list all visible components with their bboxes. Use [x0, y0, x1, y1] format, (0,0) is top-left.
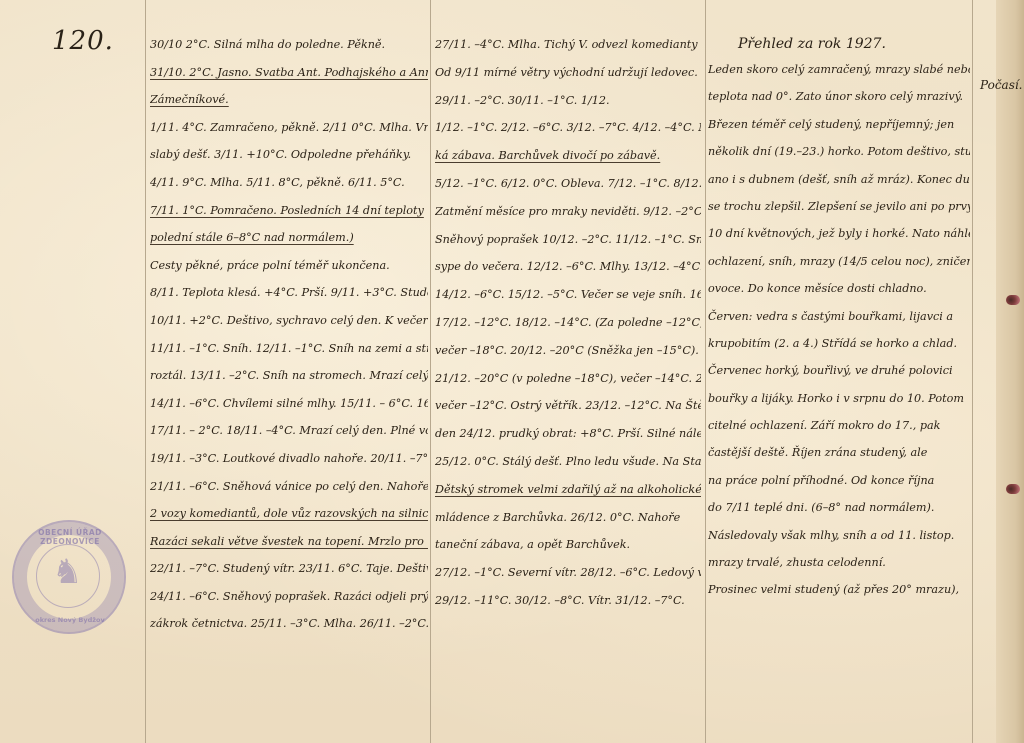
journal-line: 10 dní květnových, jež byly i horké. Nat… [708, 225, 970, 242]
journal-page: 120. Počasí. OBECNÍ ÚŘAD ZDEONOVICE ♞ ok… [0, 0, 1024, 743]
journal-line: 5/12. –1°C. 6/12. 0°C. Obleva. 7/12. –1°… [435, 175, 701, 192]
journal-line: 1/11. 4°C. Zamračeno, pěkně. 2/11 0°C. M… [150, 119, 428, 136]
journal-line: Razáci sekali větve švestek na topení. M… [150, 533, 428, 550]
journal-line: se trochu zlepšil. Zlepšení se jevilo an… [708, 198, 970, 215]
journal-line: 24/11. –6°C. Sněhový poprašek. Razáci od… [150, 588, 428, 605]
journal-line: častější deště. Říjen zrána studený, ale [708, 444, 970, 461]
journal-line: Zámečníkové. [150, 91, 428, 108]
journal-line: Červen: vedra s častými bouřkami, lijavc… [708, 308, 970, 325]
journal-line: Prosinec velmi studený (až přes 20° mraz… [708, 581, 970, 598]
journal-line: Následovaly však mlhy, sníh a od 11. lis… [708, 527, 970, 544]
journal-line: do 7/11 teplé dni. (6–8° nad normálem). [708, 499, 970, 516]
journal-line: 30/10 2°C. Silná mlha do poledne. Pěkně. [150, 36, 428, 53]
journal-line: na práce polní příhodné. Od konce října [708, 472, 970, 489]
journal-line: Od 9/11 mírné větry východní udržují led… [435, 64, 701, 81]
journal-line: sype do večera. 12/12. –6°C. Mlhy. 13/12… [435, 258, 701, 275]
journal-line: 19/11. –3°C. Loutkové divadlo nahoře. 20… [150, 450, 428, 467]
journal-line: 25/12. 0°C. Stálý dešť. Plno ledu všude.… [435, 453, 701, 470]
column-rule [145, 0, 146, 743]
journal-line: taneční zábava, a opět Barchůvek. [435, 536, 701, 553]
binding-pin-icon [1006, 295, 1020, 305]
journal-line: slabý dešť. 3/11. +10°C. Odpoledne přehá… [150, 146, 428, 163]
page-number: 120. [52, 26, 114, 56]
journal-line: 29/11. –2°C. 30/11. –1°C. 1/12. [435, 92, 701, 109]
journal-line: citelné ochlazení. Září mokro do 17., pa… [708, 417, 970, 434]
journal-line: polední stále 6–8°C nad normálem.) [150, 229, 428, 246]
journal-line: 17/12. –12°C. 18/12. –14°C. (Za poledne … [435, 314, 701, 331]
journal-line: Zatmění měsíce pro mraky neviděti. 9/12.… [435, 203, 701, 220]
journal-line: Sněhový poprašek 10/12. –2°C. 11/12. –1°… [435, 231, 701, 248]
journal-line: 14/11. –6°C. Chvílemi silné mlhy. 15/11.… [150, 395, 428, 412]
column-rule [430, 0, 431, 743]
journal-line: 27/12. –1°C. Severní vítr. 28/12. –6°C. … [435, 564, 701, 581]
journal-line: Červenec horký, bouřlivý, ve druhé polov… [708, 362, 970, 379]
summary-title: Přehled za rok 1927. [708, 36, 970, 53]
journal-line: večer –12°C. Ostrý větřík. 23/12. –12°C.… [435, 397, 701, 414]
journal-line: 22/11. –7°C. Studený vítr. 23/11. 6°C. T… [150, 560, 428, 577]
journal-line: bouřky a lijáky. Horko i v srpnu do 10. … [708, 390, 970, 407]
journal-line: 17/11. – 2°C. 18/11. –4°C. Mrazí celý de… [150, 422, 428, 439]
right-column-summary: Přehled za rok 1927. Leden skoro celý za… [708, 36, 970, 609]
column-rule [705, 0, 706, 743]
journal-line: 2 vozy komediantů, dole vůz razovských n… [150, 505, 428, 522]
journal-line: 8/11. Teplota klesá. +4°C. Prší. 9/11. +… [150, 284, 428, 301]
stamp-text-bottom: okres Nový Bydžov [24, 616, 116, 624]
journal-line: 31/10. 2°C. Jasno. Svatba Ant. Podhajské… [150, 64, 428, 81]
journal-line: 10/11. +2°C. Deštivo, sychravo celý den.… [150, 312, 428, 329]
left-column-entries: 30/10 2°C. Silná mlha do poledne. Pěkně.… [150, 36, 428, 643]
next-page-edge [996, 0, 1024, 743]
journal-line: zákrok četnictva. 25/11. –3°C. Mlha. 26/… [150, 615, 428, 632]
journal-line: den 24/12. prudký obrat: +8°C. Prší. Sil… [435, 425, 701, 442]
journal-line: 11/11. –1°C. Sníh. 12/11. –1°C. Sníh na … [150, 340, 428, 357]
journal-line: několik dní (19.–23.) horko. Potom dešti… [708, 143, 970, 160]
journal-line: mládence z Barchůvka. 26/12. 0°C. Nahoře [435, 509, 701, 526]
binding-pin-icon [1006, 484, 1020, 494]
journal-line: roztál. 13/11. –2°C. Sníh na stromech. M… [150, 367, 428, 384]
journal-line: 29/12. –11°C. 30/12. –8°C. Vítr. 31/12. … [435, 592, 701, 609]
journal-line: krupobitím (2. a 4.) Střídá se horko a c… [708, 335, 970, 352]
journal-line: 1/12. –1°C. 2/12. –6°C. 3/12. –7°C. 4/12… [435, 119, 701, 136]
journal-line: 27/11. –4°C. Mlha. Tichý V. odvezl komed… [435, 36, 701, 53]
journal-line: 14/12. –6°C. 15/12. –5°C. Večer se veje … [435, 286, 701, 303]
journal-line: Leden skoro celý zamračený, mrazy slabé … [708, 61, 970, 78]
journal-line: mrazy trvalé, zhusta celodenní. [708, 554, 970, 571]
journal-line: ovoce. Do konce měsíce dosti chladno. [708, 280, 970, 297]
middle-column-entries: 27/11. –4°C. Mlha. Tichý V. odvezl komed… [435, 36, 701, 620]
journal-line: ano i s dubnem (dešť, sníh až mráz). Kon… [708, 171, 970, 188]
journal-line: ochlazení, sníh, mrazy (14/5 celou noc),… [708, 253, 970, 270]
journal-line: 21/11. –6°C. Sněhová vánice po celý den.… [150, 478, 428, 495]
lion-emblem-icon: ♞ [52, 552, 82, 592]
journal-line: teplota nad 0°. Zato únor skoro celý mra… [708, 88, 970, 105]
column-rule [972, 0, 973, 743]
journal-line: večer –18°C. 20/12. –20°C (Sněžka jen –1… [435, 342, 701, 359]
journal-line: Březen téměř celý studený, nepříjemný; j… [708, 116, 970, 133]
journal-line: 21/12. –20°C (v poledne –18°C), večer –1… [435, 370, 701, 387]
side-label-weather: Počasí. [980, 78, 1023, 92]
journal-line: 7/11. 1°C. Pomračeno. Posledních 14 dní … [150, 202, 428, 219]
municipal-stamp: OBECNÍ ÚŘAD ZDEONOVICE ♞ okres Nový Bydž… [12, 520, 126, 634]
journal-line: Cesty pěkné, práce polní téměř ukončena. [150, 257, 428, 274]
journal-line: Dětský stromek velmi zdařilý až na alkoh… [435, 481, 701, 498]
journal-line: 4/11. 9°C. Mlha. 5/11. 8°C, pěkně. 6/11.… [150, 174, 428, 191]
journal-line: ká zábava. Barchůvek divočí po zábavě. [435, 147, 701, 164]
